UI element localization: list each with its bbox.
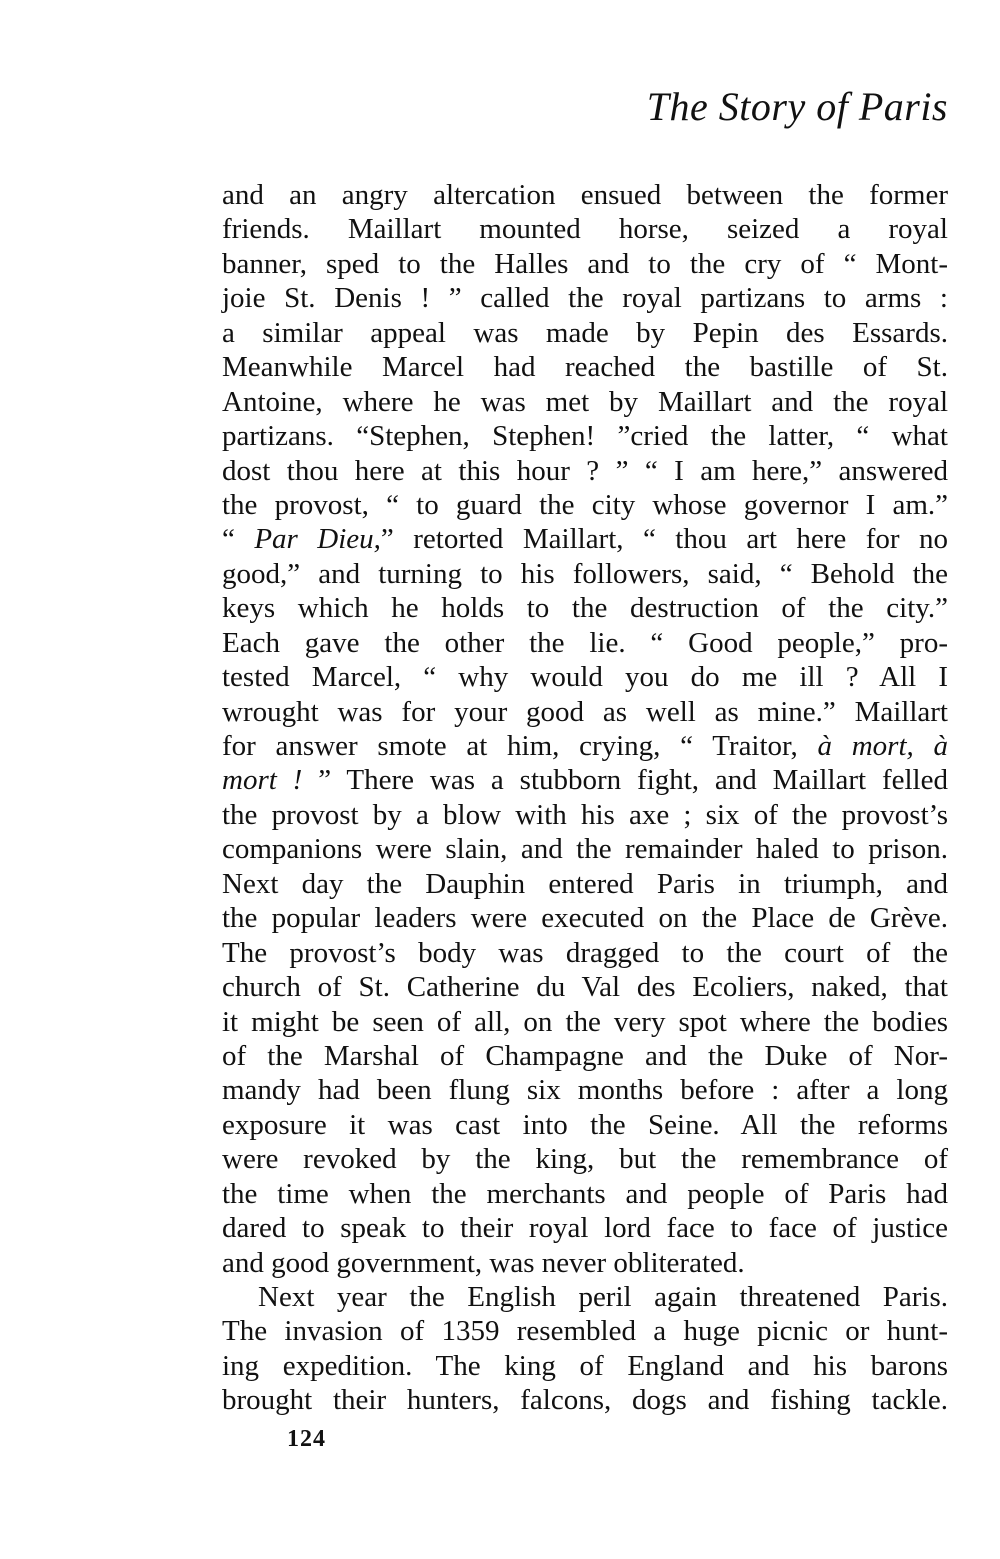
- text-line: Antoine, where he was met by Maillart an…: [222, 385, 948, 419]
- text-line: dost thou here at this hour ? ” “ I am h…: [222, 454, 948, 488]
- text-line: were revoked by the king, but the rememb…: [222, 1142, 948, 1176]
- running-head: The Story of Paris: [647, 82, 948, 132]
- text-line: for answer smote at him, crying, “ Trait…: [222, 729, 948, 763]
- page-number: 124: [287, 1426, 326, 1453]
- text-line: of the Marshal of Champagne and the Duke…: [222, 1039, 948, 1073]
- text-line: the time when the merchants and people o…: [222, 1177, 948, 1211]
- text-line: tested Marcel, “ why would you do me ill…: [222, 660, 948, 694]
- text-run: for answer smote at him, crying, “ Trait…: [222, 730, 818, 762]
- text-line: ing expedition. The king of England and …: [222, 1349, 948, 1383]
- text-line: a similar appeal was made by Pepin des E…: [222, 316, 948, 350]
- text-line: joie St. Denis ! ” called the royal part…: [222, 281, 948, 315]
- text-line: Meanwhile Marcel had reached the bastill…: [222, 350, 948, 384]
- text-line: companions were slain, and the remainder…: [222, 832, 948, 866]
- text-line: church of St. Catherine du Val des Ecoli…: [222, 970, 948, 1004]
- italic-phrase: Par Dieu,: [254, 523, 381, 555]
- paragraph-2: Next year the English peril again threat…: [222, 1280, 948, 1418]
- text-line: and good government, was never obliterat…: [222, 1246, 948, 1280]
- italic-phrase: mort !: [222, 764, 302, 796]
- text-line: exposure it was cast into the Seine. All…: [222, 1108, 948, 1142]
- body-text: and an angry altercation ensued between …: [222, 178, 948, 1418]
- text-line: friends. Maillart mounted horse, seized …: [222, 212, 948, 246]
- text-line: partizans. “Stephen, Stephen! ”cried the…: [222, 419, 948, 453]
- text-line: the popular leaders were executed on the…: [222, 901, 948, 935]
- text-line: Next day the Dauphin entered Paris in tr…: [222, 867, 948, 901]
- text-run: ” retorted Maillart, “ thou art here for…: [381, 523, 948, 555]
- text-line: the provost, “ to guard the city whose g…: [222, 488, 948, 522]
- paragraph-1: and an angry altercation ensued between …: [222, 178, 948, 1280]
- text-line: The invasion of 1359 resembled a huge pi…: [222, 1314, 948, 1348]
- text-line: it might be seen of all, on the very spo…: [222, 1005, 948, 1039]
- text-run: “: [222, 523, 254, 555]
- text-line: The provost’s body was dragged to the co…: [222, 936, 948, 970]
- text-run: ” There was a stubborn fight, and Mailla…: [302, 764, 948, 796]
- text-line: dared to speak to their royal lord face …: [222, 1211, 948, 1245]
- text-line: mort ! ” There was a stubborn fight, and…: [222, 763, 948, 797]
- text-line: banner, sped to the Halles and to the cr…: [222, 247, 948, 281]
- text-line: mandy had been flung six months before :…: [222, 1073, 948, 1107]
- text-line: the provost by a blow with his axe ; six…: [222, 798, 948, 832]
- text-line: good,” and turning to his followers, sai…: [222, 557, 948, 591]
- text-line: keys which he holds to the destruction o…: [222, 591, 948, 625]
- text-line: and an angry altercation ensued between …: [222, 178, 948, 212]
- text-line: brought their hunters, falcons, dogs and…: [222, 1383, 948, 1417]
- text-line: Each gave the other the lie. “ Good peop…: [222, 626, 948, 660]
- italic-phrase: à mort, à: [818, 730, 948, 762]
- text-line: wrought was for your good as well as min…: [222, 695, 948, 729]
- text-line: “ Par Dieu,” retorted Maillart, “ thou a…: [222, 522, 948, 556]
- text-line: Next year the English peril again threat…: [222, 1280, 948, 1314]
